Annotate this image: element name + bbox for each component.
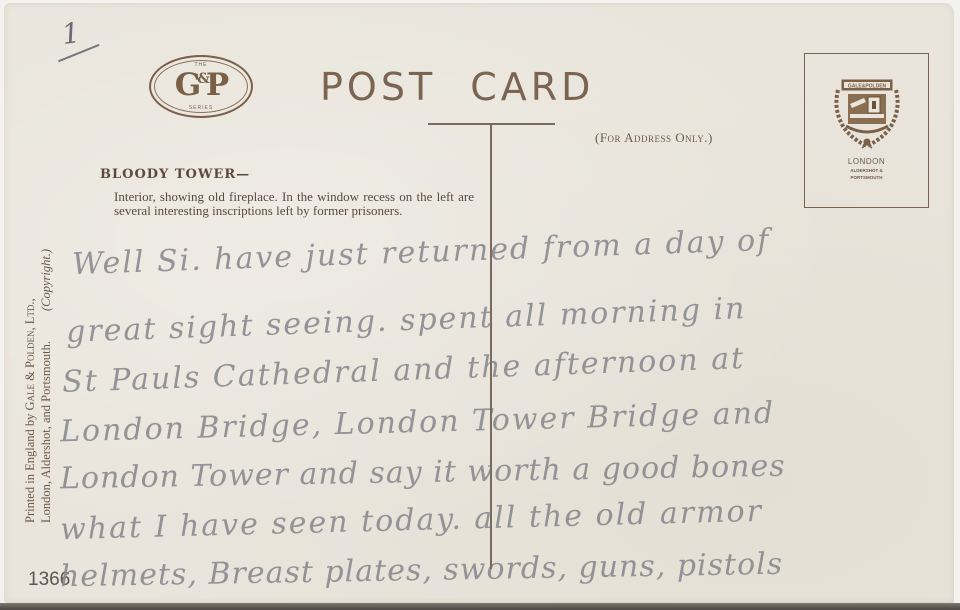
imprint-line2: London, Aldershot, and Portsmouth.(Copyr… — [38, 128, 54, 523]
address-only-label: (For Address Only.) — [595, 130, 713, 146]
caption-title: BLOODY TOWER— — [100, 167, 250, 182]
imprint-line1: Printed in England by Gale & Polden, Ltd… — [22, 128, 38, 523]
center-divider-line — [490, 123, 492, 569]
caption-body: Interior, showing old fireplace. In the … — [114, 190, 474, 218]
stamp-towns-line1: ALDERSHOT & — [805, 167, 928, 174]
gp-series-logo: THE G&P SERIES — [149, 55, 253, 118]
pencil-number: 1 — [60, 16, 82, 51]
handwritten-line: London Bridge, London Tower Bridge and — [60, 396, 776, 450]
handwritten-line: Well Si. have just returned from a day o… — [72, 223, 771, 282]
postcard-back: 1 THE G&P SERIES POST CARD (For Address … — [4, 3, 954, 603]
svg-text:GALE&POLDEN: GALE&POLDEN — [848, 84, 887, 90]
handwritten-line: helmets, Breast plates, swords, guns, pi… — [60, 547, 784, 595]
stamp-city: LONDON — [805, 157, 928, 166]
logo-bottom-text: SERIES — [151, 105, 251, 111]
scan-bottom-edge — [0, 603, 960, 610]
handwritten-line: what I have seen today. all the old armo… — [60, 494, 764, 547]
gale-polden-crest-icon: GALE&POLDEN — [832, 76, 902, 154]
handwritten-line: St Pauls Cathedral and the afternoon at — [62, 341, 746, 400]
handwritten-line: London Tower and say it worth a good bon… — [60, 449, 786, 497]
address-top-rule — [428, 123, 555, 125]
stamp-towns-line2: PORTSMOUTH — [805, 174, 928, 181]
imprint-locations: London, Aldershot, and Portsmouth. — [39, 341, 53, 523]
imprint-prefix: Printed in England by — [23, 411, 37, 524]
logo-p: P — [206, 67, 227, 103]
stamp-box: GALE&POLDEN LONDON ALDERSHOT & PORTSMOUT… — [804, 53, 929, 208]
logo-monogram: G&P — [151, 67, 251, 103]
handwritten-line: great sight seeing. spent all morning in — [66, 291, 747, 350]
imprint-copyright: (Copyright.) — [39, 249, 53, 311]
logo-g: G — [175, 67, 199, 103]
printer-imprint: Printed in England by Gale & Polden, Ltd… — [22, 128, 54, 523]
post-card-title: POST CARD — [320, 65, 594, 109]
imprint-company: Gale & Polden, Ltd., — [23, 298, 37, 410]
stamp-towns: ALDERSHOT & PORTSMOUTH — [805, 167, 928, 181]
